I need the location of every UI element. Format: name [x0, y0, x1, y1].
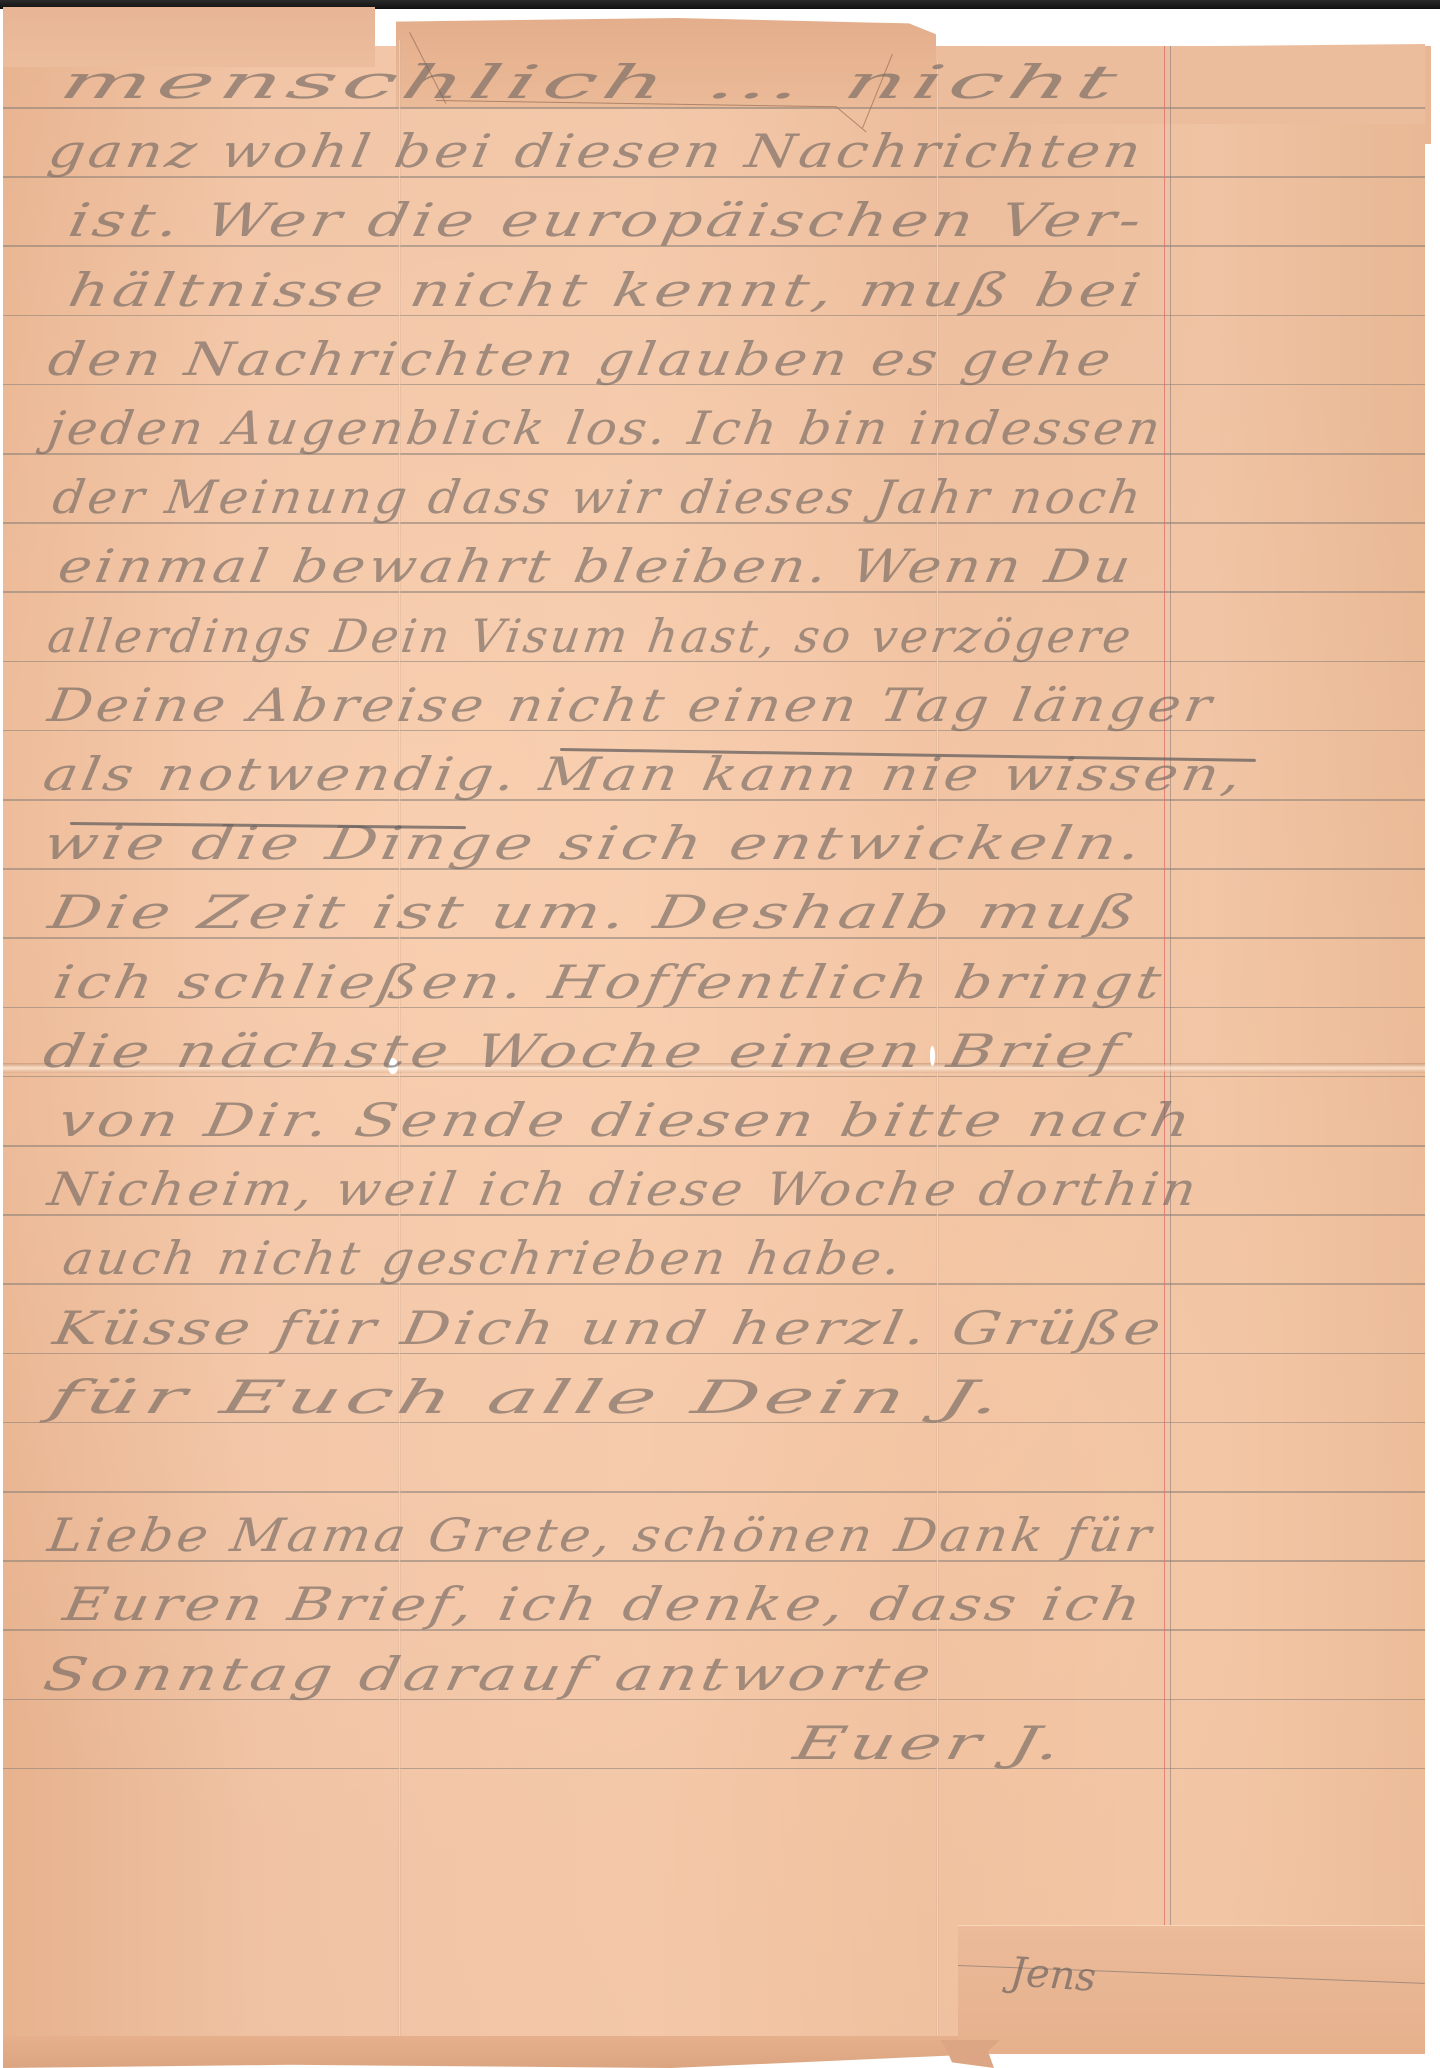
handwritten-line: ich schließen. Hoffentlich bringt: [50, 959, 1168, 1005]
handwritten-line: ist. Wer die europäischen Ver-: [65, 197, 1149, 243]
handwritten-line: jeden Augenblick los. Ich bin indessen: [45, 405, 1167, 451]
torn-bottom-edge: [3, 2036, 958, 2068]
ruled-line: [3, 1491, 1425, 1493]
handwritten-line: wie die Dinge sich entwickeln.: [40, 820, 1149, 866]
handwritten-line: Euren Brief, ich denke, dass ich: [60, 1581, 1148, 1627]
handwritten-line: von Dir. Sende diesen bitte nach: [55, 1097, 1198, 1143]
handwritten-line: Sonntag darauf antworte: [40, 1651, 939, 1697]
handwritten-line: die nächste Woche einen Brief: [40, 1028, 1128, 1074]
handwritten-line: Nicheim, weil ich diese Woche dorthin: [45, 1166, 1203, 1212]
ruled-line: [3, 1768, 1425, 1770]
torn-fragment: [940, 2040, 1000, 2068]
handwritten-line: menschlich … nicht: [55, 59, 1128, 105]
handwritten-line: hältnisse nicht kennt, muß bei: [65, 267, 1149, 313]
handwritten-line: auch nicht geschrieben habe.: [60, 1235, 907, 1281]
handwritten-line: Euer J.: [790, 1720, 1070, 1766]
handwritten-line: den Nachrichten glauben es gehe: [45, 336, 1118, 382]
handwritten-line: allerdings Dein Visum hast, so verzögere: [45, 613, 1137, 659]
handwritten-line: Liebe Mama Grete, schönen Dank für: [45, 1512, 1157, 1558]
handwritten-line: Die Zeit ist um. Deshalb muß: [45, 889, 1144, 935]
bottom-flap-note: Jens: [1009, 1949, 1098, 2001]
handwritten-line: der Meinung dass wir dieses Jahr noch: [50, 474, 1147, 520]
handwritten-line: ganz wohl bei diesen Nachrichten: [45, 128, 1148, 174]
margin-line-red: [1164, 46, 1165, 2040]
margin-line-gray: [1170, 46, 1171, 2040]
handwritten-line: Deine Abreise nicht einen Tag länger: [45, 682, 1218, 728]
handwritten-line: einmal bewahrt bleiben. Wenn Du: [55, 543, 1137, 589]
paper-edge-tab: [1425, 46, 1431, 144]
handwritten-line: für Euch alle Dein J.: [45, 1374, 1011, 1420]
handwritten-line: Küsse für Dich und herzl. Grüße: [50, 1305, 1168, 1351]
